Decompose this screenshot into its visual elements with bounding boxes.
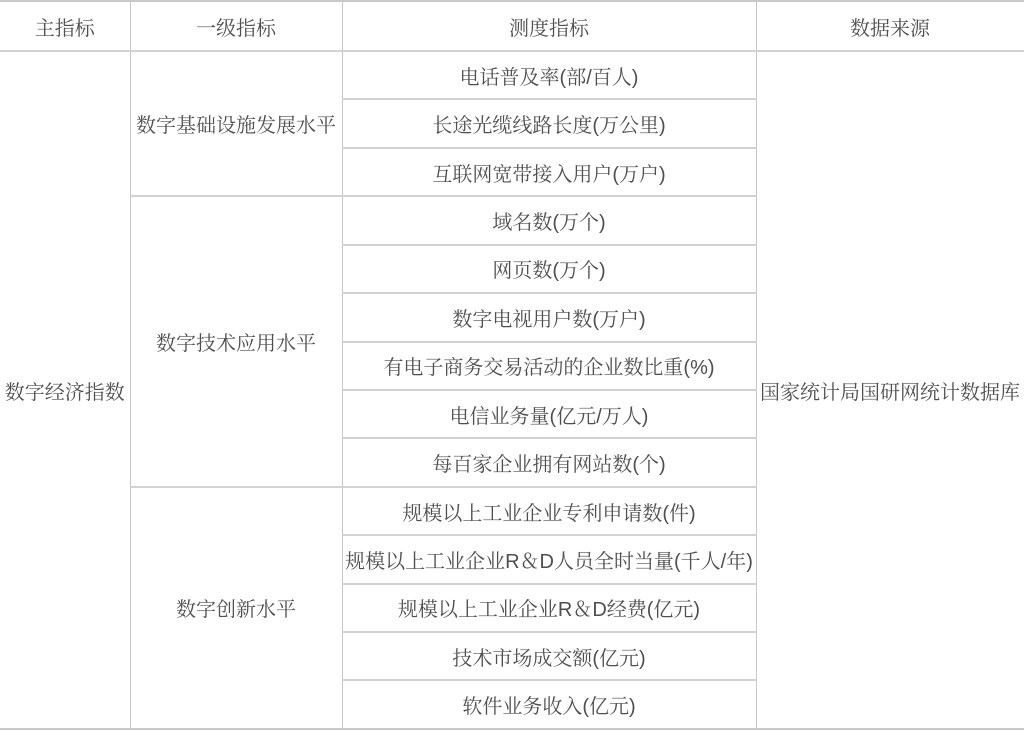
measure-cell: 技术市场成交额(亿元): [342, 632, 756, 680]
measure-cell: 规模以上工业企业R＆D经费(亿元): [342, 584, 756, 632]
measure-cell: 电话普及率(部/百人): [342, 51, 756, 99]
measure-cell: 互联网宽带接入用户(万户): [342, 148, 756, 196]
header-main-indicator: 主指标: [0, 1, 130, 51]
measure-cell: 电信业务量(亿元/万人): [342, 390, 756, 438]
measure-cell: 规模以上工业企业R＆D人员全时当量(千人/年): [342, 535, 756, 583]
measure-cell: 长途光缆线路长度(万公里): [342, 99, 756, 147]
group-cell-infrastructure: 数字基础设施发展水平: [130, 51, 342, 196]
group-cell-technology-application: 数字技术应用水平: [130, 196, 342, 487]
indicator-table: 主指标 一级指标 测度指标 数据来源 数字经济指数 数字基础设施发展水平 电话普…: [0, 0, 1024, 730]
main-indicator-cell: 数字经济指数: [0, 51, 130, 729]
measure-cell: 有电子商务交易活动的企业数比重(%): [342, 342, 756, 390]
measure-cell: 每百家企业拥有网站数(个): [342, 438, 756, 486]
measure-cell: 规模以上工业企业专利申请数(件): [342, 487, 756, 535]
measure-cell: 软件业务收入(亿元): [342, 680, 756, 729]
measure-cell: 域名数(万个): [342, 196, 756, 244]
table-row: 数字经济指数 数字基础设施发展水平 电话普及率(部/百人) 国家统计局国研网统计…: [0, 51, 1024, 99]
group-cell-innovation: 数字创新水平: [130, 487, 342, 729]
measure-cell: 网页数(万个): [342, 245, 756, 293]
measure-cell: 数字电视用户数(万户): [342, 293, 756, 341]
header-measure-indicator: 测度指标: [342, 1, 756, 51]
header-row: 主指标 一级指标 测度指标 数据来源: [0, 1, 1024, 51]
header-level1-indicator: 一级指标: [130, 1, 342, 51]
data-source-cell: 国家统计局国研网统计数据库: [756, 51, 1024, 729]
page: 主指标 一级指标 测度指标 数据来源 数字经济指数 数字基础设施发展水平 电话普…: [0, 0, 1024, 731]
header-data-source: 数据来源: [756, 1, 1024, 51]
